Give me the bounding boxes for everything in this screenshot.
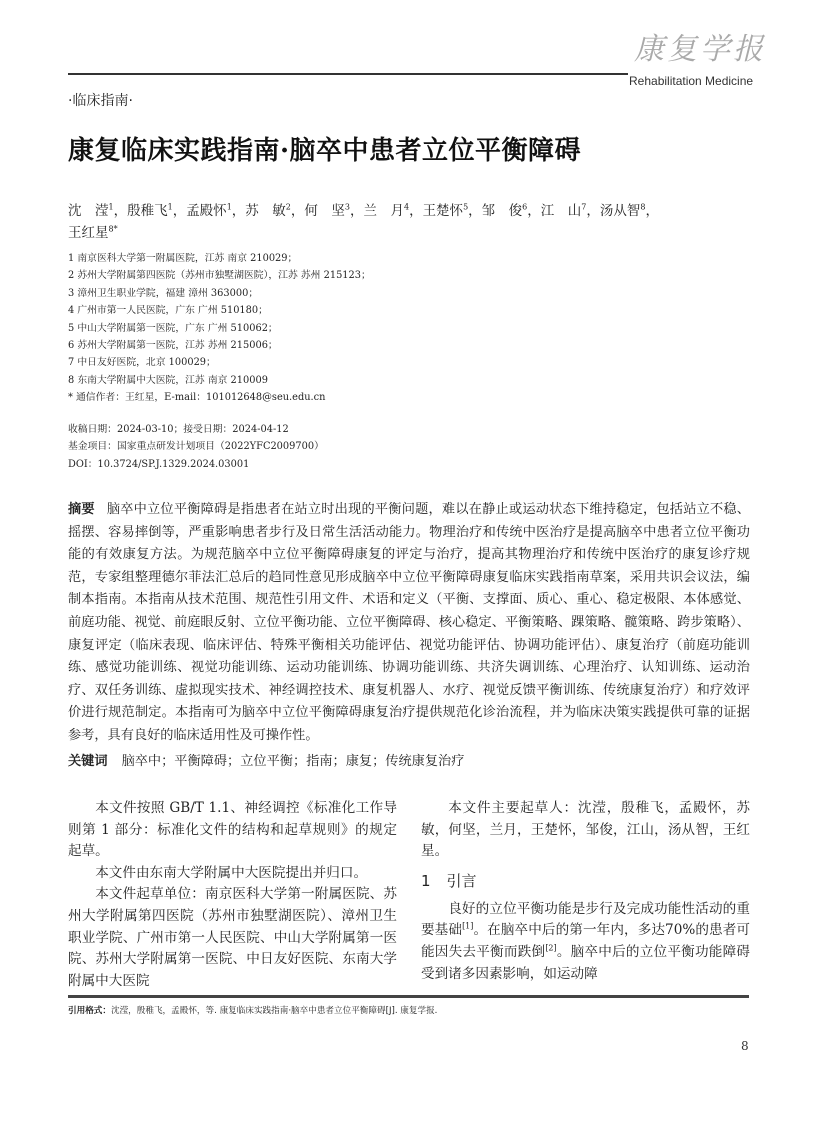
paragraph: 本文件起草单位：南京医科大学第一附属医院、苏州大学附属第四医院（苏州市独墅湖医院…: [68, 884, 397, 992]
author: 王楚怀5: [423, 203, 469, 219]
abstract-label: 摘要: [68, 502, 95, 517]
author: 苏 敏2: [245, 203, 291, 219]
affiliation: 5 中山大学附属第一医院，广东 广州 510062；: [68, 320, 428, 337]
keywords-label: 关键词: [68, 754, 108, 769]
author: 江 山7: [541, 203, 587, 219]
affiliation: 4 广州市第一人民医院，广东 广州 510180；: [68, 302, 428, 319]
paragraph: 良好的立位平衡功能是步行及完成功能性活动的重要基础[1]。在脑卒中后的第一年内，…: [421, 899, 750, 985]
dates: 收稿日期：2024-03-10；接受日期：2024-04-12: [68, 421, 428, 438]
author: 王红星8*: [68, 225, 118, 241]
author: 殷稚飞1: [127, 203, 173, 219]
author: 邹 俊6: [482, 203, 528, 219]
abstract-text: 脑卒中立位平衡障碍是指患者在站立时出现的平衡问题，难以在静止或运动状态下维持稳定…: [68, 502, 750, 743]
page-number: 8: [741, 1039, 749, 1053]
author: 汤从智8: [600, 203, 646, 219]
keywords-text: 脑卒中；平衡障碍；立位平衡；指南；康复；传统康复治疗: [122, 754, 465, 769]
author: 孟殿怀1: [186, 203, 232, 219]
paragraph: 本文件按照 GB/T 1.1、神经调控《标准化工作导则第 1 部分：标准化文件的…: [68, 798, 397, 863]
section-title: 引言: [447, 872, 477, 890]
author-list: 沈 滢1，殷稚飞1，孟殿怀1，苏 敏2，何 坚3，兰 月4，王楚怀5，邹 俊6，…: [68, 200, 758, 244]
paragraph: 本文件主要起草人：沈滢，殷稚飞，孟殿怀，苏敏，何坚，兰月，王楚怀，邹俊，江山，汤…: [421, 798, 750, 863]
author: 沈 滢1: [68, 203, 114, 219]
section-tag: ·临床指南·: [68, 92, 133, 110]
journal-logo-cn: 康复学报: [634, 30, 766, 70]
author: 兰 月4: [363, 203, 409, 219]
footer-rule: [68, 995, 749, 998]
section-heading: 1引言: [421, 869, 750, 893]
citation-ref[interactable]: [1]: [462, 922, 473, 931]
affiliation: 8 东南大学附属中大医院，江苏 南京 210009: [68, 372, 428, 389]
affiliation-list: 1 南京医科大学第一附属医院，江苏 南京 210029； 2 苏州大学附属第四医…: [68, 250, 428, 407]
journal-logo-en: Rehabilitation Medicine: [629, 74, 753, 88]
article-title: 康复临床实践指南·脑卒中患者立位平衡障碍: [68, 133, 581, 169]
fund: 基金项目：国家重点研发计划项目（2022YFC2009700）: [68, 438, 428, 455]
citation-format: 引用格式：沈滢，殷稚飞，孟殿怀，等. 康复临床实践指南·脑卒中患者立位平衡障碍[…: [68, 1004, 437, 1018]
citation-text: 沈滢，殷稚飞，孟殿怀，等. 康复临床实践指南·脑卒中患者立位平衡障碍[J]. 康…: [111, 1006, 437, 1016]
affiliation: 7 中日友好医院，北京 100029；: [68, 354, 428, 371]
affiliation: 1 南京医科大学第一附属医院，江苏 南京 210029；: [68, 250, 428, 267]
author: 何 坚3: [304, 203, 350, 219]
keywords: 关键词脑卒中；平衡障碍；立位平衡；指南；康复；传统康复治疗: [68, 752, 750, 772]
section-number: 1: [421, 872, 431, 890]
citation-ref[interactable]: [2]: [545, 943, 556, 952]
article-meta: 收稿日期：2024-03-10；接受日期：2024-04-12 基金项目：国家重…: [68, 421, 428, 473]
body-column-right: 本文件主要起草人：沈滢，殷稚飞，孟殿怀，苏敏，何坚，兰月，王楚怀，邹俊，江山，汤…: [421, 798, 750, 985]
abstract: 摘要脑卒中立位平衡障碍是指患者在站立时出现的平衡问题，难以在静止或运动状态下维持…: [68, 499, 750, 748]
affiliation: 2 苏州大学附属第四医院（苏州市独墅湖医院），江苏 苏州 215123；: [68, 267, 428, 284]
citation-label: 引用格式：: [68, 1006, 111, 1016]
affiliation: 3 漳州卫生职业学院，福建 漳州 363000；: [68, 285, 428, 302]
body-column-left: 本文件按照 GB/T 1.1、神经调控《标准化工作导则第 1 部分：标准化文件的…: [68, 798, 397, 992]
paragraph: 本文件由东南大学附属中大医院提出并归口。: [68, 863, 397, 885]
affiliation: 6 苏州大学附属第一医院，江苏 苏州 215006；: [68, 337, 428, 354]
corresponding-author: * 通信作者：王红星，E-mail：101012648@seu.edu.cn: [68, 389, 428, 406]
header-rule: [68, 73, 628, 75]
doi: DOI：10.3724/SP.J.1329.2024.03001: [68, 456, 428, 473]
